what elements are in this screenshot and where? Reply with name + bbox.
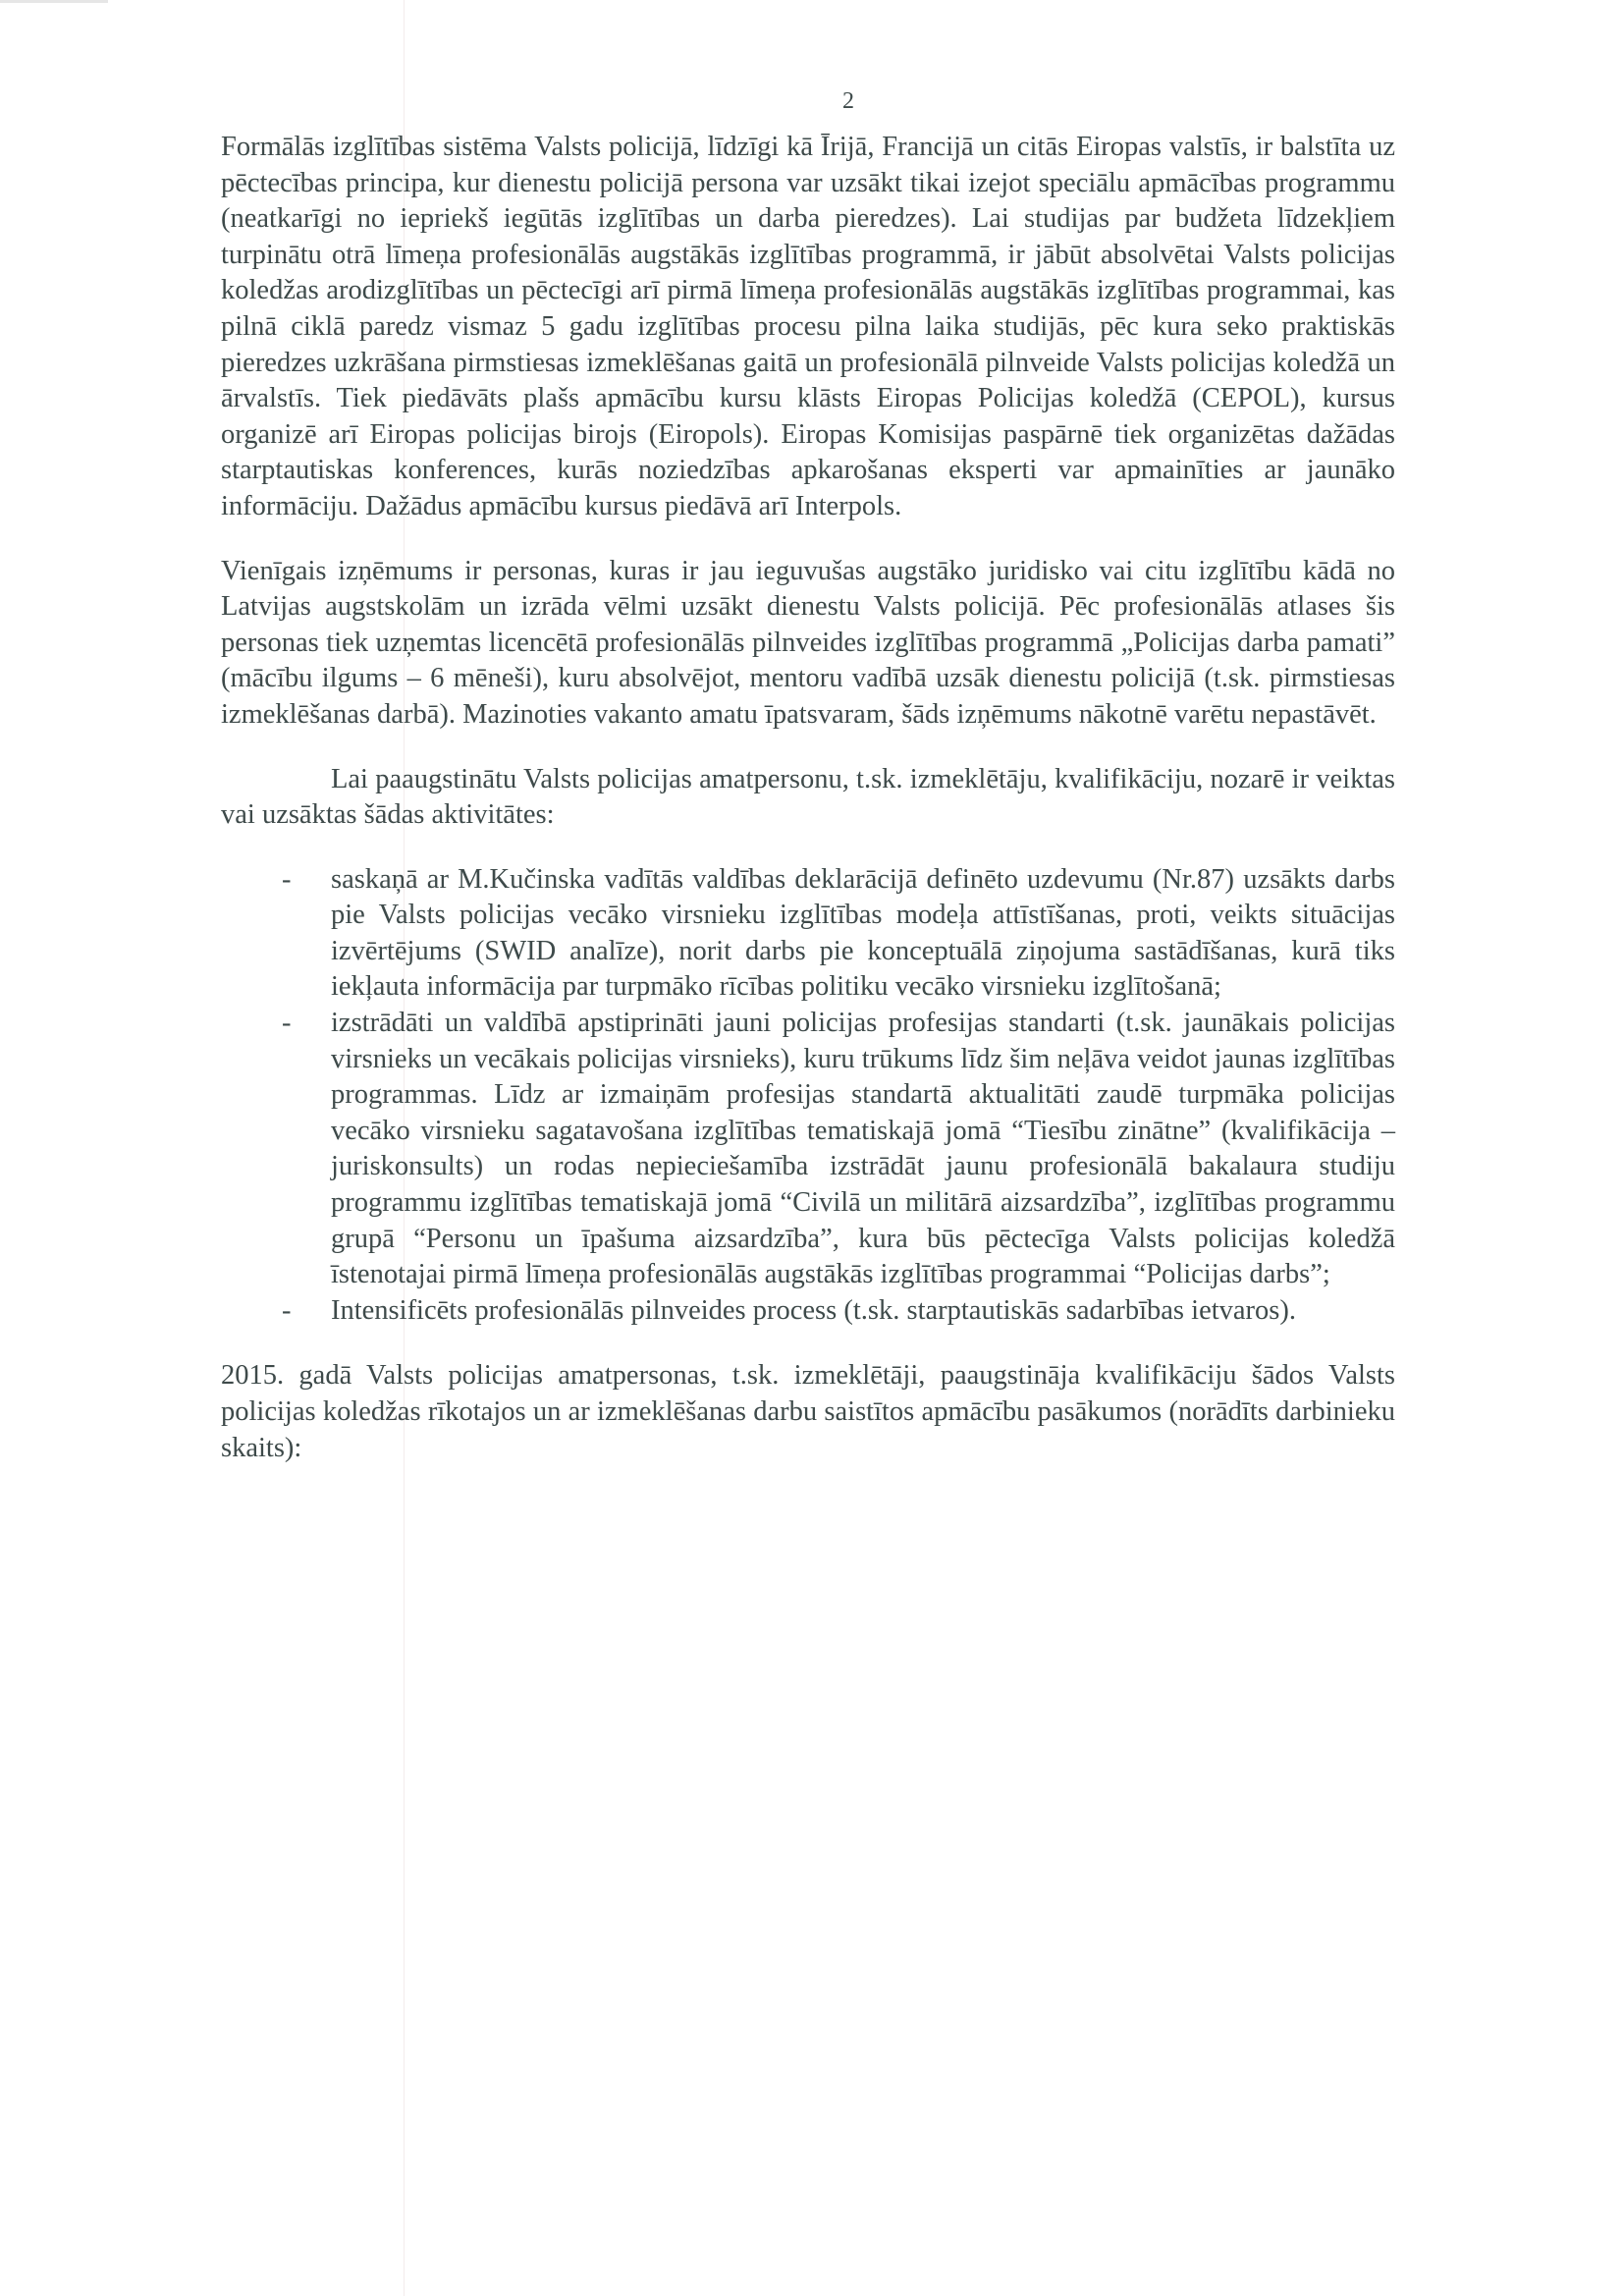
list-item-text: izstrādāti un valdībā apstiprināti jauni… xyxy=(331,1008,1395,1289)
list-item: - izstrādāti un valdībā apstiprināti jau… xyxy=(221,1006,1395,1293)
list-item-text: saskaņā ar M.Kučinska vadītās valdības d… xyxy=(331,864,1395,1003)
dash-bullet-icon: - xyxy=(282,1293,292,1330)
page-number: 2 xyxy=(842,86,854,116)
list-item-text: Intensificēts profesionālās pilnveides p… xyxy=(331,1295,1296,1326)
paragraph-2015-training: 2015. gadā Valsts policijas amatpersonas… xyxy=(221,1358,1395,1466)
document-body: Formālās izglītības sistēma Valsts polic… xyxy=(221,130,1395,1466)
scan-corner-mark xyxy=(0,0,108,3)
list-item: - Intensificēts profesionālās pilnveides… xyxy=(221,1293,1395,1330)
list-item: - saskaņā ar M.Kučinska vadītās valdības… xyxy=(221,862,1395,1006)
dash-bullet-icon: - xyxy=(282,862,292,899)
paragraph-exception: Vienīgais izņēmums ir personas, kuras ir… xyxy=(221,554,1395,734)
activities-list: - saskaņā ar M.Kučinska vadītās valdības… xyxy=(221,862,1395,1330)
paragraph-formal-education: Formālās izglītības sistēma Valsts polic… xyxy=(221,130,1395,525)
paragraph-activities-intro: Lai paaugstinātu Valsts policijas amatpe… xyxy=(221,762,1395,834)
dash-bullet-icon: - xyxy=(282,1006,292,1042)
